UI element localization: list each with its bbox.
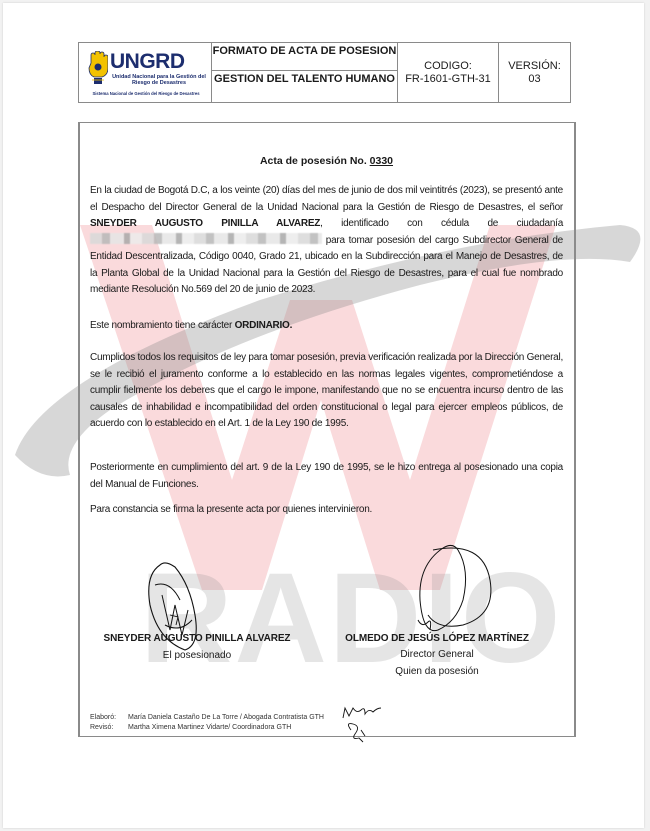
signature-name-appointee: SNEYDER AUGUSTO PINILLA ALVAREZ [97,633,297,644]
logo-wordmark: UNGRD [110,50,185,74]
paragraph-oath: Cumplidos todos los requisitos de ley pa… [90,350,563,433]
prepared-by-value: María Daniela Castaño De La Torre / Abog… [128,714,324,721]
act-title-prefix: Acta de posesión No. [260,155,370,167]
paragraph-intro: En la ciudad de Bogotá D.C, a los veinte… [90,183,563,299]
prepared-by-label: Elaboró: [90,713,128,723]
reviewed-by-value: Martha Ximena Martinez Vidarte/ Coordina… [128,724,291,731]
reviewed-by-label: Revisó: [90,723,128,733]
act-number: 0330 [370,155,393,167]
code-value: FR-1601-GTH-31 [405,73,491,86]
form-code: CODIGO: FR-1601-GTH-31 [398,43,499,102]
ungrd-logo: UNGRD Unidad Nacional para la Gestión de… [79,43,212,102]
code-label: CODIGO: [424,60,472,73]
form-subtitle: GESTION DEL TALENTO HUMANO [212,71,398,102]
prepared-by-line: Elaboró:María Daniela Castaño De La Torr… [90,713,324,723]
reviewed-by-line: Revisó:Martha Ximena Martinez Vidarte/ C… [90,723,324,733]
form-title: FORMATO DE ACTA DE POSESION [212,43,398,71]
paragraph-appointment-type: Este nombramiento tiene carácter ORDINAR… [90,318,563,335]
document-footer-notes: Elaboró:María Daniela Castaño De La Torr… [90,713,324,732]
appointee-name: SNEYDER AUGUSTO PINILLA ALVAREZ [90,218,320,229]
logo-footer-text: Sistema Nacional de Gestión del Riesgo d… [83,91,209,96]
form-version: VERSIÓN: 03 [499,43,570,102]
signature-role2-director: Quien da posesión [318,664,556,680]
ungrd-hand-logo-icon [88,51,108,85]
act-title: Acta de posesión No. 0330 [90,155,563,167]
signature-role-appointee: El posesionado [97,648,297,664]
intro-text: En la ciudad de Bogotá D.C, a los veinte… [90,185,563,213]
paragraph-closing: Para constancia se firma la presente act… [90,502,563,519]
signature-name-director: OLMEDO DE JESÚS LÓPEZ MARTÍNEZ [318,633,556,644]
document-header-table: UNGRD Unidad Nacional para la Gestión de… [78,42,571,103]
version-label: VERSIÓN: [508,60,561,73]
appointment-type-value: ORDINARIO. [235,320,293,331]
logo-subtitle: Unidad Nacional para la Gestión del Ries… [110,74,208,86]
appointment-type-text: Este nombramiento tiene carácter [90,320,235,331]
intro-text-position: para tomar posesión del cargo Subdirecto… [90,235,563,296]
redacted-id-number [90,233,322,244]
signature-role-director: Director General [318,647,556,663]
paragraph-manual-delivery: Posteriormente en cumplimiento del art. … [90,460,563,493]
intro-text-id: , identificado con cédula de ciudadanía [320,218,563,229]
version-value: 03 [528,73,540,86]
